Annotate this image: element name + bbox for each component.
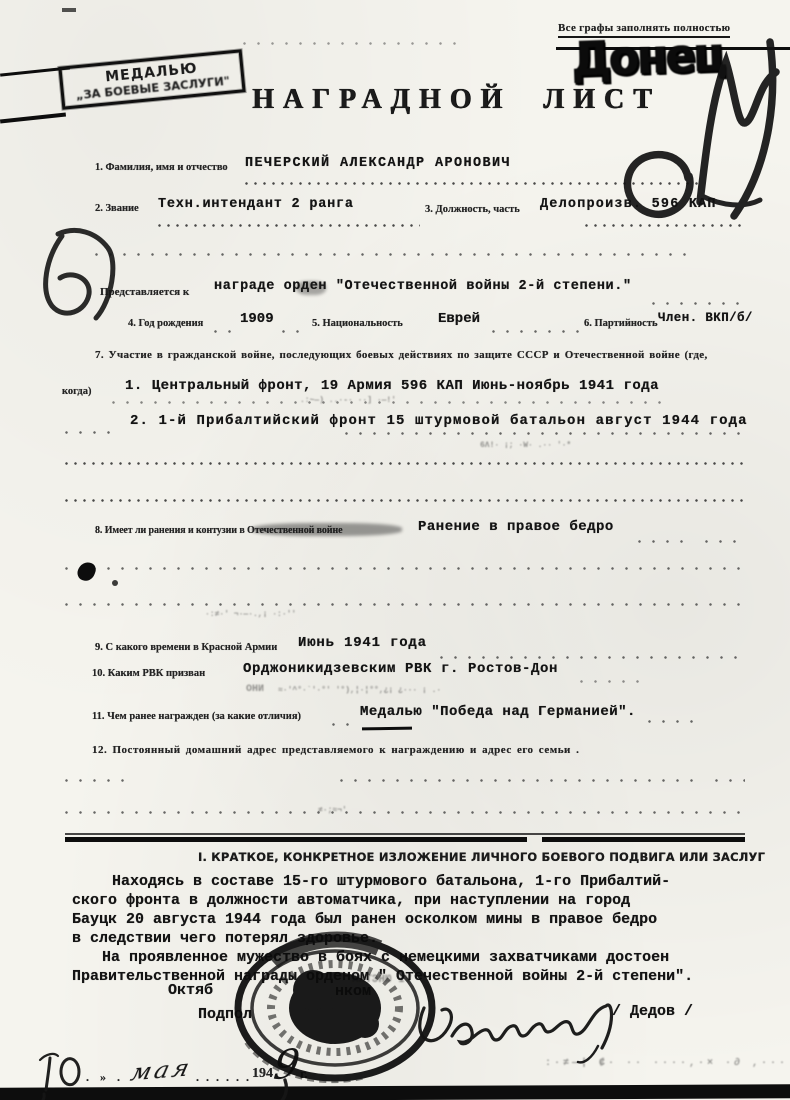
section-heading: I. КРАТКОЕ, КОНКРЕТНОЕ ИЗЛОЖЕНИЕ ЛИЧНОГО… — [198, 850, 765, 864]
citation-line: в следствии чего потерял здоровье. — [72, 929, 693, 948]
citation-line: Находясь в составе 15-го штурмового бата… — [72, 872, 693, 891]
field12-label: 12. Постоянный домашний адрес представля… — [92, 744, 579, 756]
rank-fragment: Подпол — [198, 1006, 252, 1023]
dotted-line — [65, 811, 745, 814]
dotted-leader — [492, 330, 580, 333]
field6-value: Член. ВКП/б/ — [658, 311, 753, 325]
dotted-leader — [648, 720, 698, 723]
dotted-leader — [638, 540, 688, 543]
divider-line — [65, 837, 527, 842]
field6-label: 6. Партийность — [584, 318, 658, 329]
underline-mark — [362, 727, 412, 731]
dotted-line — [585, 224, 745, 227]
year-suffix: г. — [300, 1066, 308, 1082]
dotted-line — [340, 779, 700, 782]
field7-label-cont: когда) — [62, 386, 91, 397]
dotted-line — [65, 603, 745, 606]
faint-marks: ≈·'^°·`'·°' '°),¦·¦°°,¿¡ ¿··· ¡ .· — [278, 686, 441, 695]
commissar-fragment-left: Октяб — [168, 982, 213, 999]
citation-line: На проявленное мужество в боях с немецки… — [72, 948, 693, 967]
field4-value: 1909 — [240, 311, 274, 327]
divider-line — [542, 837, 745, 842]
ink-blot — [75, 560, 97, 584]
field4-label: 4. Год рождения — [128, 318, 203, 329]
award-sheet-document: Все графы заполнять полностью Донец МЕДА… — [0, 0, 790, 1100]
field7-label: 7. Участие в гражданской войне, последую… — [95, 349, 708, 361]
dotted-line — [65, 462, 745, 465]
field11-value: Медалью "Победа над Германией". — [360, 704, 636, 720]
leader-dots: . . . . . . — [196, 1070, 251, 1085]
handwritten-year-digit: 9 — [271, 1041, 302, 1089]
citation-line: ского фронта в должности автоматчика, пр… — [72, 891, 693, 910]
stamp-frame-line — [0, 113, 66, 124]
dotted-line — [95, 253, 695, 256]
field1-value: ПЕЧЕРСКИЙ АЛЕКСАНДР АРОНОВИЧ — [245, 156, 511, 171]
field1-label: 1. Фамилия, имя и отчество — [95, 162, 228, 173]
field9-value: Июнь 1941 года — [298, 635, 427, 651]
presented-label: Представляется к — [100, 286, 189, 298]
field9-label: 9. С какого времени в Красной Армии — [95, 642, 277, 653]
field10-label: 10. Каким РВК призван — [92, 668, 205, 679]
faint-marks: :·≠—¦ ₡· ·· ····,·× ·∂ ,··· ¡·! — [545, 1058, 790, 1069]
field2-value: Техн.интендант 2 ранга — [158, 197, 354, 212]
dotted-leader — [65, 431, 120, 434]
citation-paragraph: Находясь в составе 15-го штурмового бата… — [72, 872, 693, 986]
signature-scribble — [420, 1005, 612, 1062]
signature-name: / Дедов / — [612, 1003, 693, 1020]
presented-value: награде орден "Отечественной войны 2-й с… — [214, 279, 632, 294]
field7-value1: 1. Центральный фронт, 19 Армия 596 КАП И… — [125, 378, 659, 394]
page-title: НАГРАДНОЙ ЛИСТ — [252, 84, 661, 116]
field3-value: Делопроизв. 596 КАП — [540, 197, 717, 212]
dotted-line — [158, 224, 420, 227]
handwritten-annotation: Донец — [571, 27, 725, 87]
medal-stamp: МЕДАЛЬЮ „ЗА БОЕВЫЕ ЗАСЛУГИ" — [58, 49, 245, 109]
dotted-line — [652, 302, 747, 305]
dotted-leader — [282, 330, 304, 333]
field11-label: 11. Чем ранее награжден (за какие отличи… — [92, 711, 301, 722]
field7-value2: 2. 1-й Прибалтийский фронт 15 штурмовой … — [130, 413, 748, 429]
dotted-line — [345, 432, 745, 435]
dotted-line — [65, 779, 135, 782]
field5-value: Еврей — [438, 311, 480, 327]
dotted-leader — [332, 723, 356, 726]
faint-marks: 6Λ!· ¡; ·W· .·· '·* — [480, 441, 571, 450]
field3-label: 3. Должность, часть — [425, 204, 520, 215]
citation-line: Бауцк 20 августа 1944 года был ранен оск… — [72, 910, 693, 929]
field5-label: 5. Национальность — [312, 318, 403, 329]
field8-value: Ранение в правое бедро — [418, 519, 614, 535]
field2-label: 2. Звание — [95, 203, 139, 214]
dotted-line — [245, 182, 700, 185]
overstrike-smudge — [296, 281, 326, 295]
overstrike-smudge — [252, 523, 402, 536]
dotted-line — [440, 656, 745, 659]
ink-blot — [112, 580, 118, 586]
commissar-fragment-right: нком — [335, 983, 371, 1000]
dotted-leader — [705, 540, 747, 543]
scan-speckles — [243, 42, 458, 45]
date-marks: . » . — [86, 1070, 124, 1085]
dotted-line — [65, 499, 745, 502]
margin-scribble — [46, 230, 113, 318]
dotted-line — [65, 567, 745, 570]
handwritten-month: мая — [128, 1053, 195, 1086]
field10-faint: ОНИ — [246, 684, 264, 695]
scan-edge-bar — [0, 1084, 790, 1100]
dotted-leader — [214, 330, 236, 333]
divider-line — [65, 833, 745, 835]
scan-artifact — [62, 8, 76, 12]
faint-marks: ≠·;≈¬' — [318, 806, 347, 815]
field10-value: Орджоникидзевским РВК г. Ростов-Дон — [243, 661, 558, 677]
year-printed: 194 — [252, 1066, 273, 1082]
dotted-leader — [580, 680, 650, 683]
faint-overstrike: .:~—) ..·-· ··] ·—!' — [300, 396, 396, 405]
faint-marks: ·:≠·' ¬·—·.,¡ ·:·'' — [205, 610, 296, 619]
dotted-line — [715, 779, 745, 782]
